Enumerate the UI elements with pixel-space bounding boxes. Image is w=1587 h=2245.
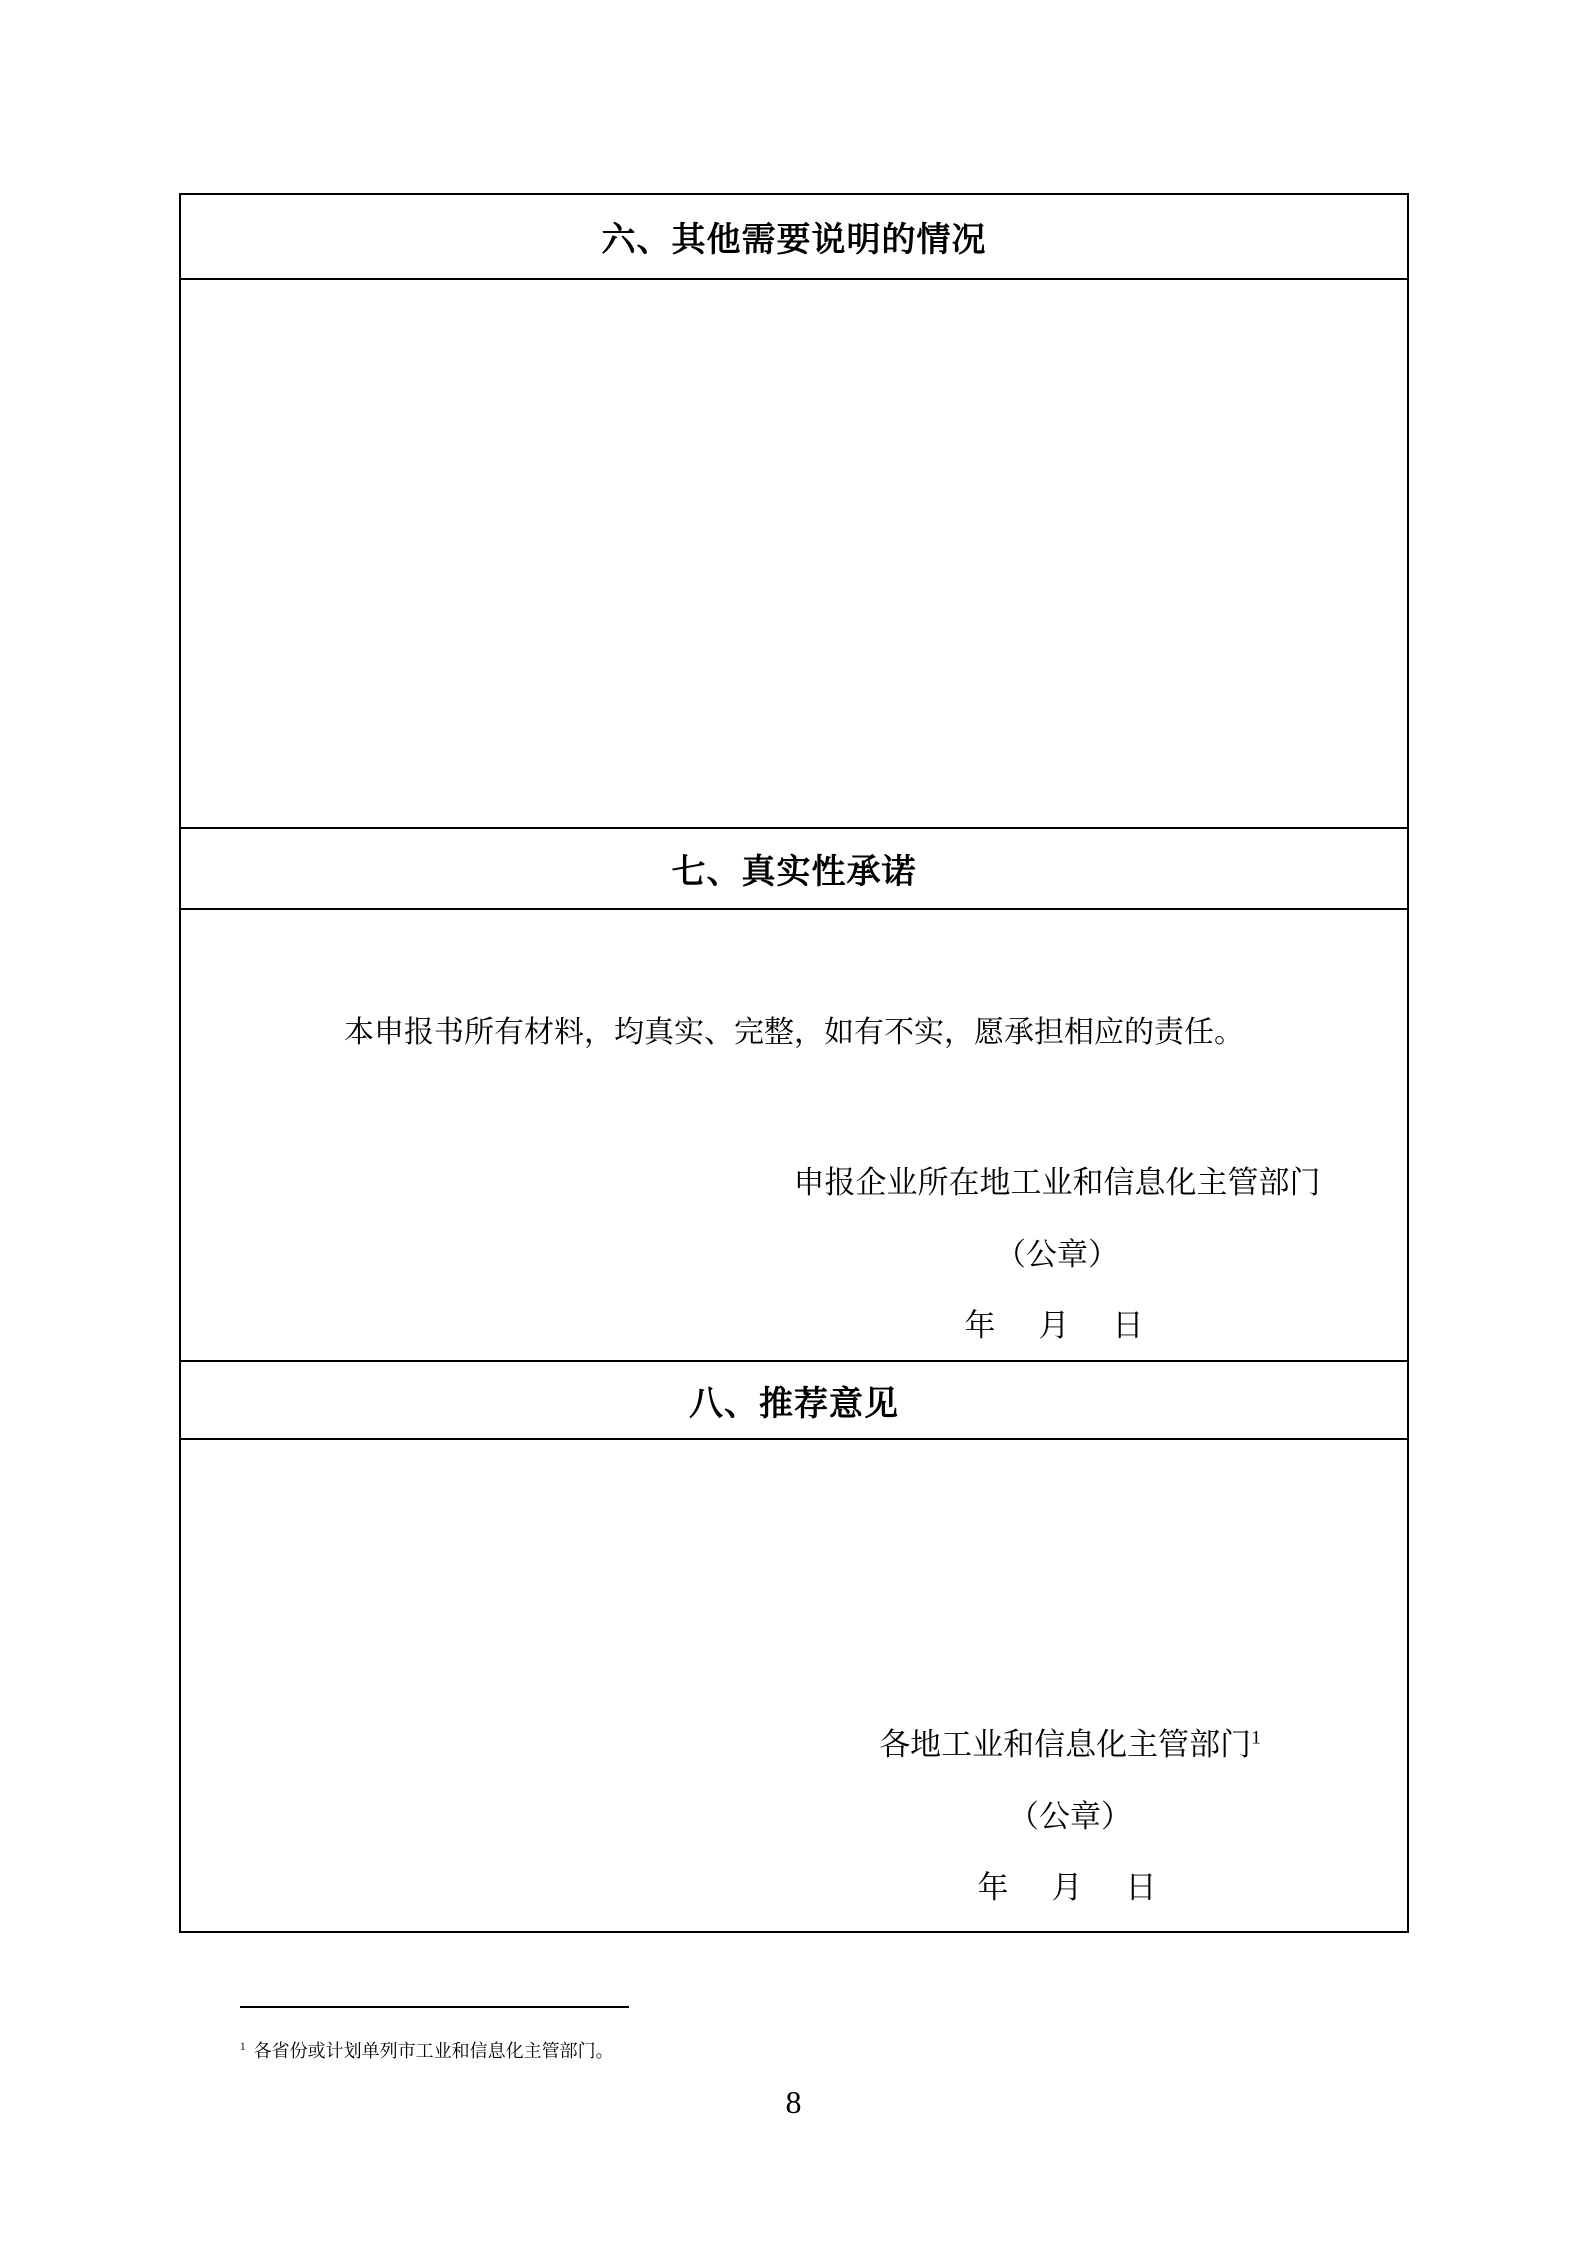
section-seven-title: 七、真实性承诺 <box>672 844 917 893</box>
section-eight-header-row: 八、推荐意见 <box>181 1362 1407 1440</box>
section-seven-content-area: 本申报书所有材料，均真实、完整，如有不实，愿承担相应的责任。 申报企业所在地工业… <box>181 910 1407 1362</box>
section-seven-header-row: 七、真实性承诺 <box>181 829 1407 910</box>
footnote: 1各省份或计划单列市工业和信息化主管部门。 <box>240 2036 614 2066</box>
section-eight-title: 八、推荐意见 <box>689 1376 899 1425</box>
section-eight-signing-authority-text: 各地工业和信息化主管部门 <box>879 1727 1251 1762</box>
footnote-number: 1 <box>240 2041 246 2053</box>
section-six-title: 六、其他需要说明的情况 <box>602 212 987 261</box>
commitment-statement: 本申报书所有材料，均真实、完整，如有不实，愿承担相应的责任。 <box>181 1013 1407 1053</box>
page-number: 8 <box>0 2080 1587 2124</box>
section-eight-content-area: 各地工业和信息化主管部门1 （公章） 年 月 日 <box>181 1440 1407 1931</box>
section-eight-signature-block: 各地工业和信息化主管部门1 （公章） 年 月 日 <box>796 1723 1344 1910</box>
footnote-text: 各省份或计划单列市工业和信息化主管部门。 <box>254 2041 614 2061</box>
section-eight-signing-authority: 各地工业和信息化主管部门1 <box>796 1723 1344 1767</box>
footnote-separator-rule <box>240 2006 629 2008</box>
section-eight-official-seal-placeholder: （公章） <box>796 1795 1344 1839</box>
document-page: 六、其他需要说明的情况 七、真实性承诺 本申报书所有材料，均真实、完整，如有不实… <box>0 0 1587 2245</box>
section-seven-signature-block: 申报企业所在地工业和信息化主管部门 （公章） 年 月 日 <box>783 1161 1331 1348</box>
section-seven-signing-authority: 申报企业所在地工业和信息化主管部门 <box>783 1161 1331 1205</box>
section-seven-official-seal-placeholder: （公章） <box>783 1233 1331 1277</box>
section-seven-date-line: 年 月 日 <box>783 1304 1331 1348</box>
section-six-content-area[interactable] <box>181 280 1407 829</box>
section-eight-date-line: 年 月 日 <box>796 1866 1344 1910</box>
section-six-header-row: 六、其他需要说明的情况 <box>181 195 1407 280</box>
footnote-reference-marker: 1 <box>1251 1728 1261 1749</box>
application-form-table: 六、其他需要说明的情况 七、真实性承诺 本申报书所有材料，均真实、完整，如有不实… <box>179 193 1409 1933</box>
